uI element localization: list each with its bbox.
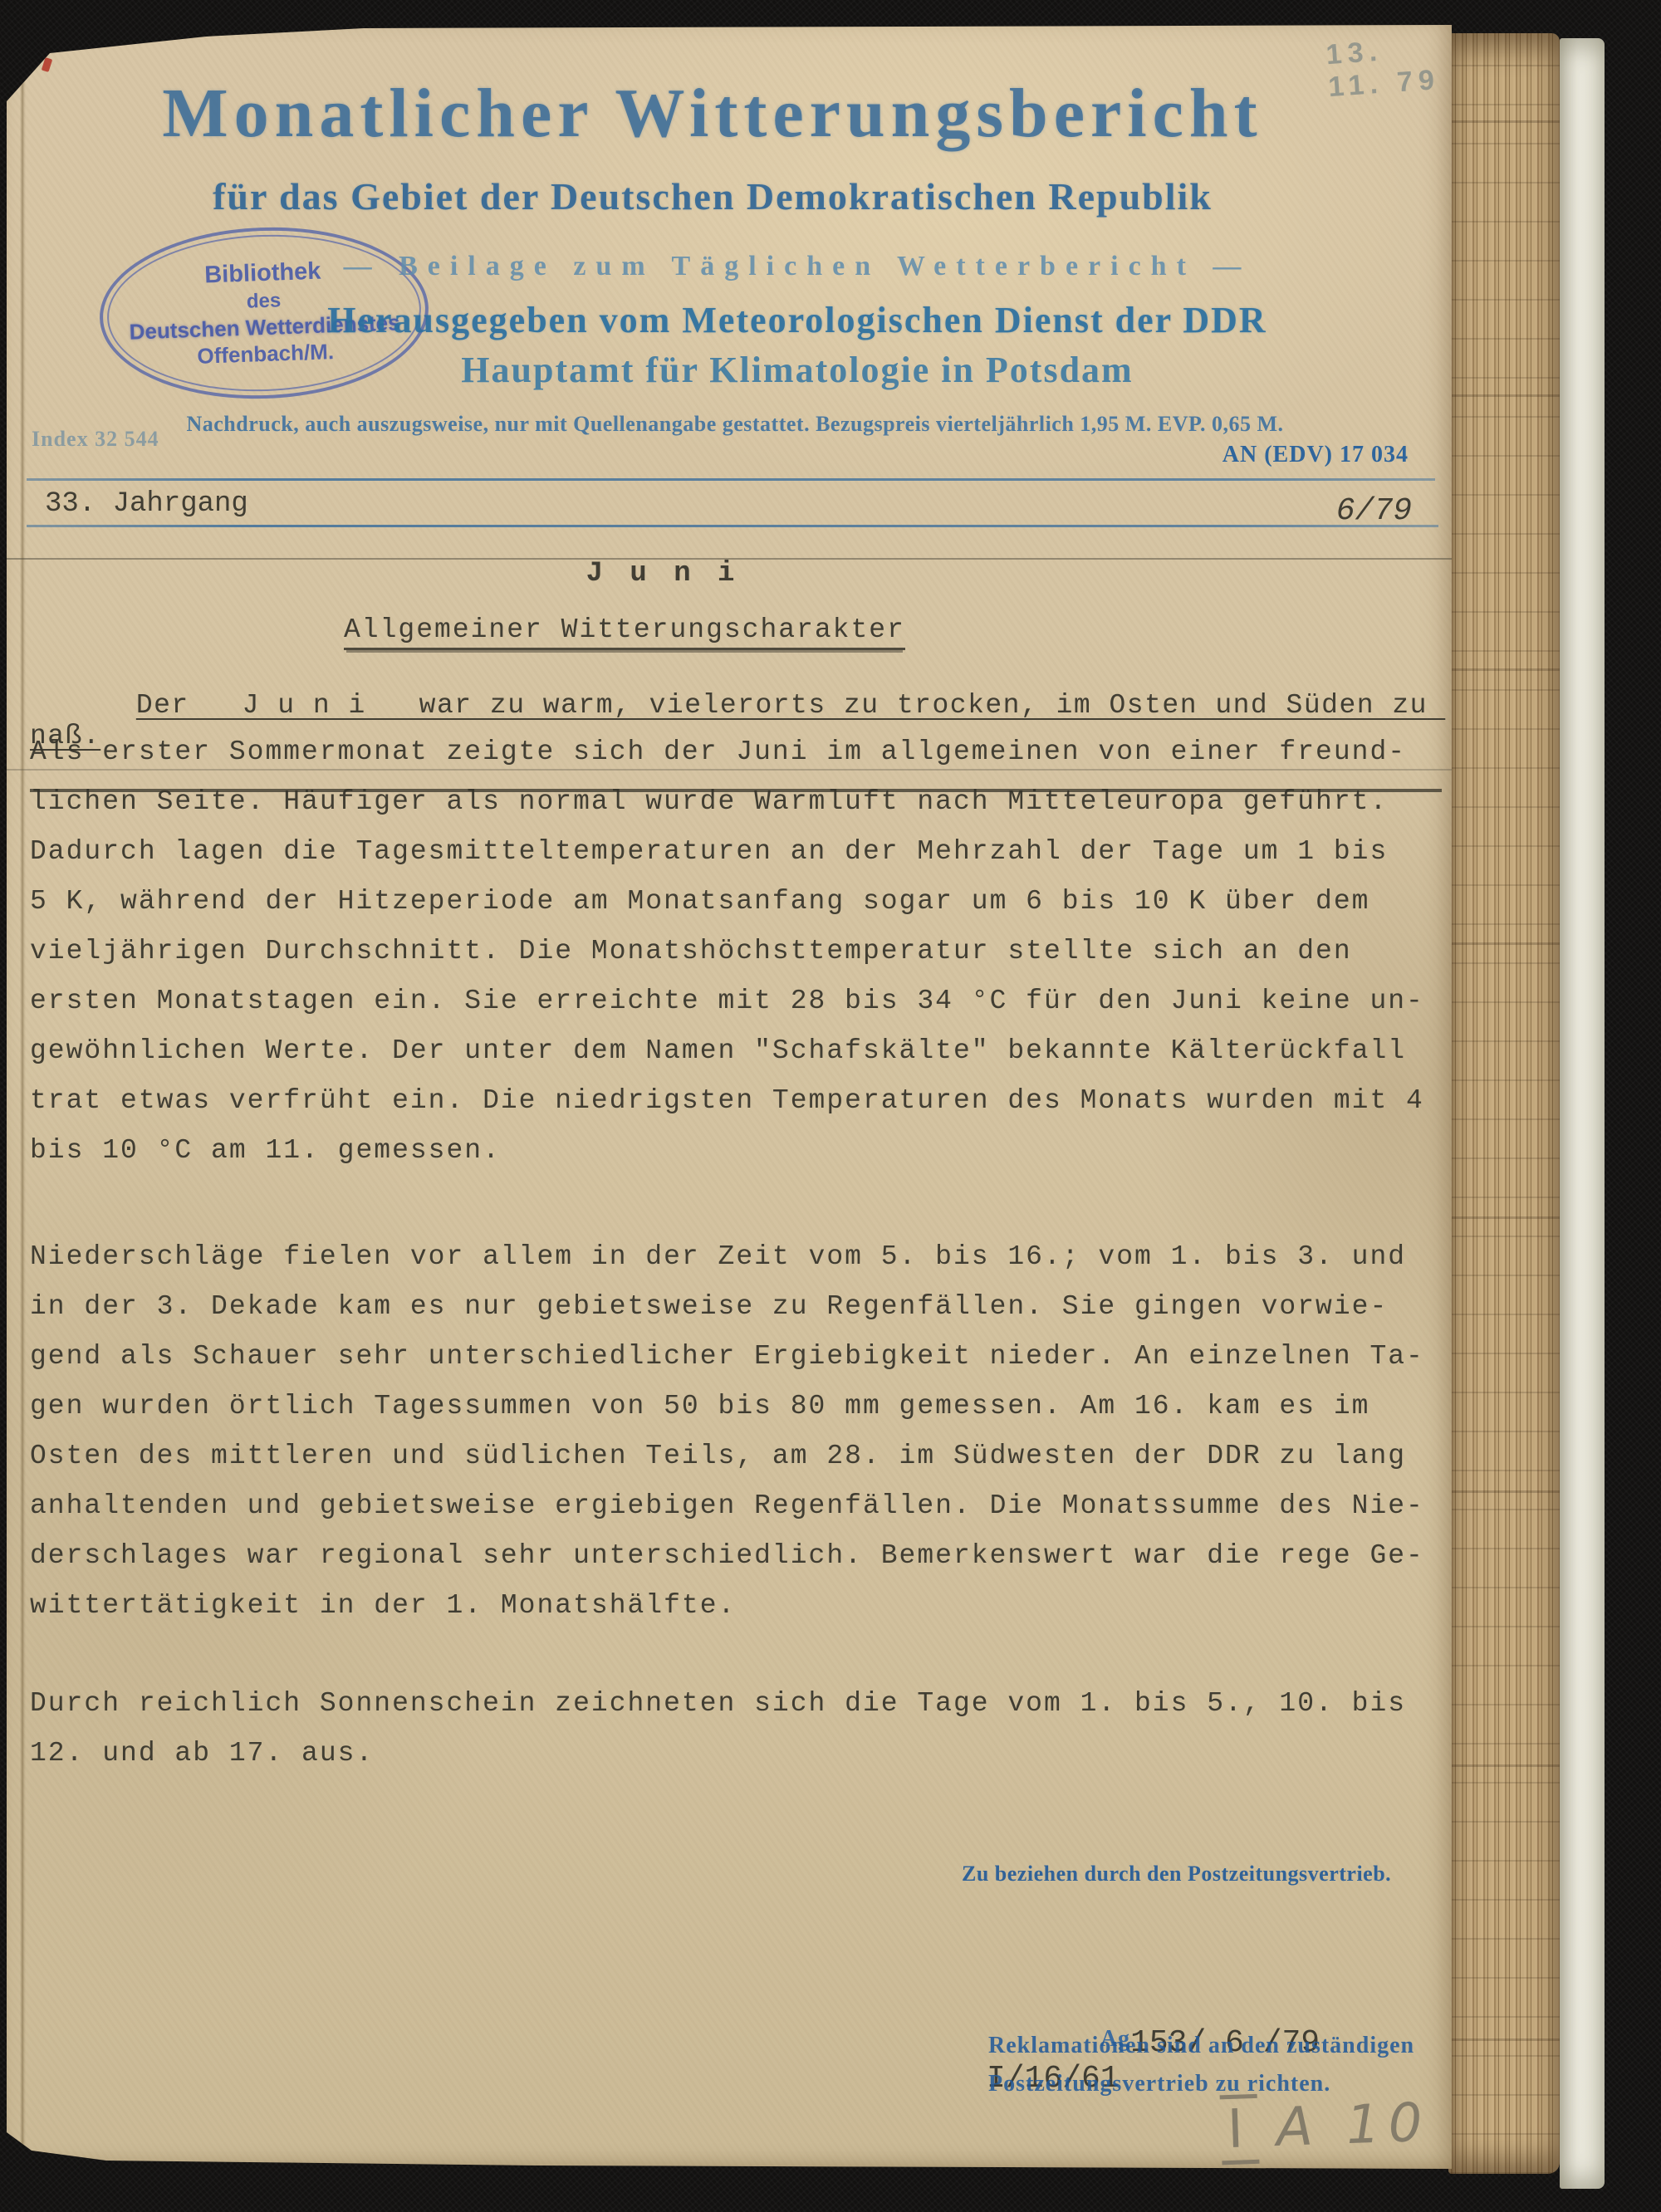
handwritten-code: A 10 xyxy=(1276,2092,1432,2159)
issue-number: 6/79 xyxy=(1336,493,1412,529)
volume-label: 33. Jahrgang xyxy=(45,488,248,520)
stamp-line-2: des xyxy=(246,288,281,314)
document-page: 13. 11. 79 Monatlicher Witterungsbericht… xyxy=(7,25,1452,2169)
section-heading-text: Allgemeiner Witterungscharakter xyxy=(344,614,905,650)
distribution-notice: Zu beziehen durch den Postzeitungsvertri… xyxy=(962,1862,1391,1887)
supplement-line: — Beilage zum Täglichen Wetterbericht — xyxy=(281,251,1314,282)
publisher-line-2: Hauptamt für Klimatologie in Potsdam xyxy=(281,349,1314,391)
red-ink-mark xyxy=(42,57,53,72)
paragraph-precipitation: Niederschläge fielen vor allem in der Ze… xyxy=(30,1232,1447,1631)
paragraph-temperature: Als erster Sommermonat zeigte sich der J… xyxy=(30,727,1447,1176)
scanned-book-page: 13. 11. 79 Monatlicher Witterungsbericht… xyxy=(0,0,1661,2212)
horizontal-rule-top xyxy=(27,478,1435,481)
publisher-line-1: Herausgegeben vom Meteorologischen Diens… xyxy=(281,299,1314,341)
complaint-notice-line-1: Reklamationen sind an den zuständigen xyxy=(988,2033,1414,2059)
section-heading: Allgemeiner Witterungscharakter xyxy=(344,614,905,645)
book-page-edges xyxy=(1448,33,1560,2174)
paragraph-sunshine: Durch reichlich Sonnenschein zeichneten … xyxy=(30,1679,1447,1779)
reprint-notice: Nachdruck, auch auszugsweise, nur mit Qu… xyxy=(115,412,1355,437)
an-edv-number: AN (EDV) 17 034 xyxy=(1222,442,1409,468)
page-title: Monatlicher Witterungsbericht xyxy=(7,73,1418,154)
page-fold-crease xyxy=(20,25,26,2169)
horizontal-rule-bottom xyxy=(27,525,1438,527)
handwritten-roman-numeral: I xyxy=(1220,2094,1260,2166)
index-number: Index 32 544 xyxy=(32,427,159,452)
faint-pencil-line xyxy=(7,769,1452,771)
book-backing-sheet xyxy=(1560,38,1605,2189)
complaint-notice-line-2: Postzeitungsvertrieb zu richten. xyxy=(988,2071,1330,2097)
handwritten-shelfmark: IA 10 xyxy=(1220,2092,1432,2161)
month-heading: J u n i xyxy=(538,558,787,590)
page-subtitle: für das Gebiet der Deutschen Demokratisc… xyxy=(7,174,1418,218)
